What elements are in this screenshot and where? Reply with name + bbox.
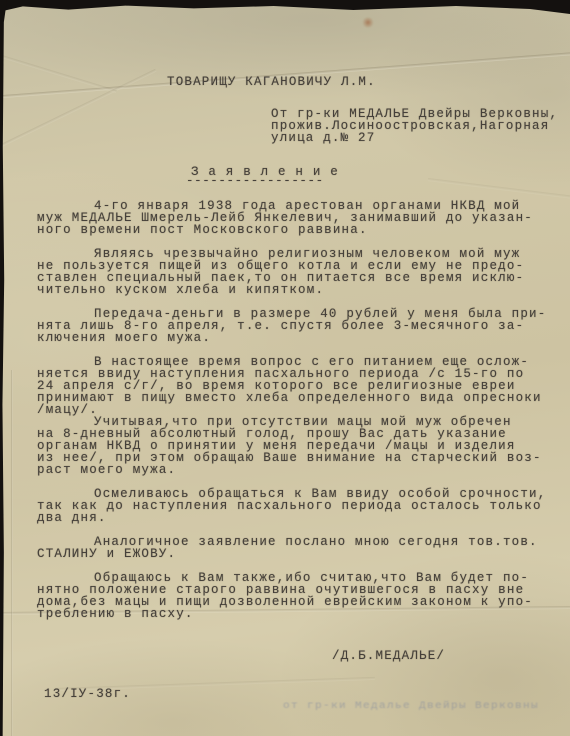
ink-stain bbox=[362, 17, 374, 28]
date-line: 13/IУ-38г. bbox=[44, 688, 131, 700]
paragraph-arrest: 4-го января 1938 года арестован органами… bbox=[37, 200, 562, 236]
signature: /Д.Б.МЕДАЛЬЕ/ bbox=[332, 650, 445, 662]
title-underline: ----------------- bbox=[186, 175, 324, 187]
paragraph-urgency: Осмеливаюсь обращаться к Вам ввиду особо… bbox=[37, 488, 562, 524]
paragraph-matzah-request: Учитывая,что при отсутствии мацы мой муж… bbox=[37, 416, 562, 476]
paragraph-religious-food: Являясь чрезвычайно религиозным человеко… bbox=[37, 248, 562, 296]
paragraph-copies-sent: Аналогичное заявление послано мною сегод… bbox=[37, 536, 562, 560]
recipient-line: ТОВАРИЩУ КАГАНОВИЧУ Л.М. bbox=[167, 76, 376, 88]
scanned-letter-page: ТОВАРИЩУ КАГАНОВИЧУ Л.М. От гр-ки МЕДАЛЬ… bbox=[0, 0, 570, 736]
paragraph-closing-appeal: Обращаюсь к Вам также,ибо считаю,что Вам… bbox=[37, 572, 562, 620]
bleedthrough-text: от гр-ки Медалье Двейры Верковны bbox=[283, 700, 570, 711]
letter-body: 4-го января 1938 года арестован органами… bbox=[37, 200, 562, 632]
sender-block: От гр-ки МЕДАЛЬЕ Двейры Верковны, прожив… bbox=[271, 108, 558, 144]
paragraph-money-transfer: Передача-деньги в размере 40 рублей у ме… bbox=[37, 308, 562, 344]
paragraph-passover-period: В настоящее время вопрос с его питанием … bbox=[37, 356, 562, 416]
